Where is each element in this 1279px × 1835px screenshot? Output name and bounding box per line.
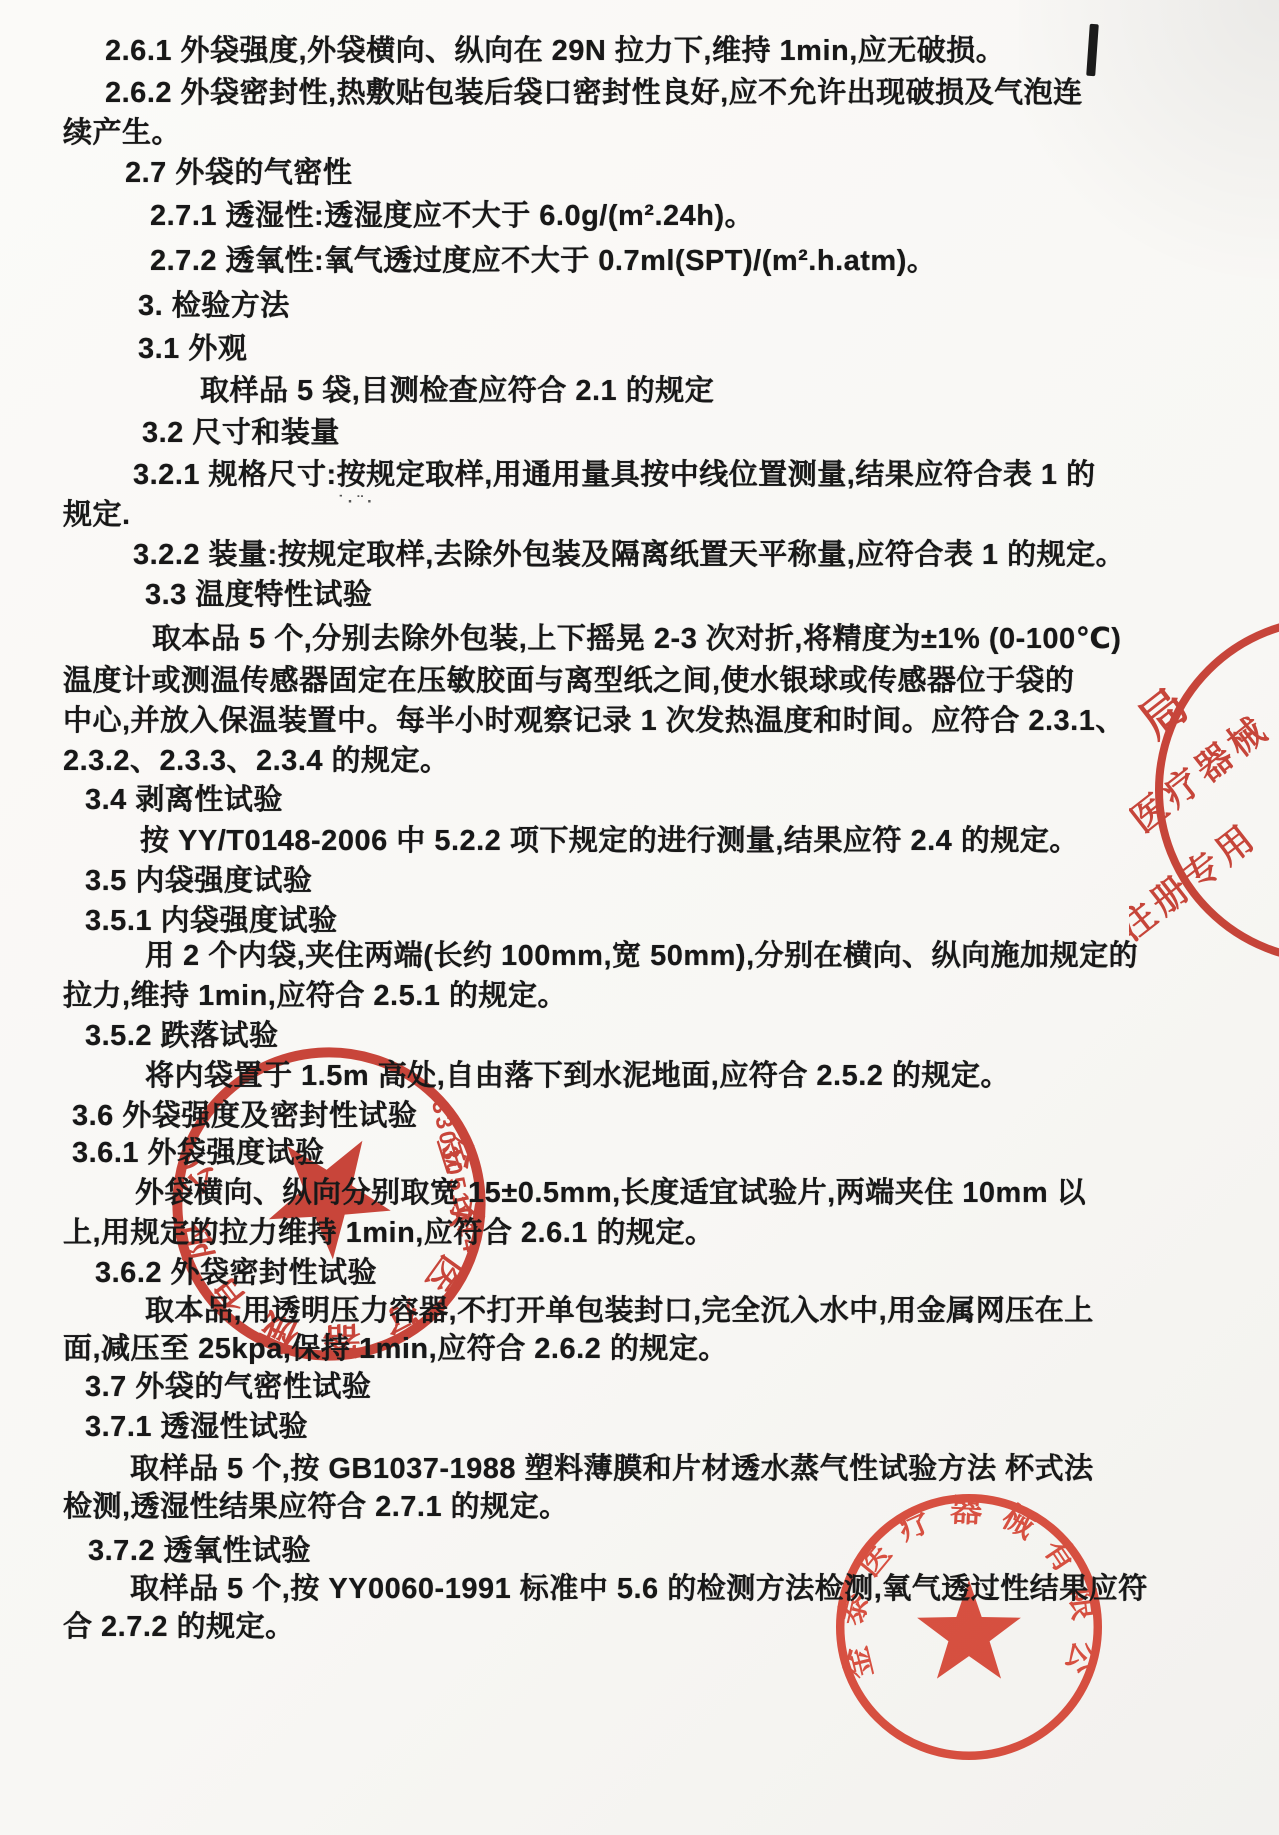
text-line: 2.3.2、2.3.3、2.3.4 的规定。 [63,738,450,779]
text-line: 取样品 5 个,按 YY0060-1991 标准中 5.6 的检测方法检测,氧气… [130,1566,1148,1607]
text-line: 2.7.1 透湿性:透湿度应不大于 6.0g/(m².24h)。 [150,193,754,234]
text-line: 3.6.2 外袋密封性试验 [95,1250,377,1291]
text-line: 3.7 外袋的气密性试验 [85,1364,371,1405]
text-line: 取本品,用透明压力容器,不打开单包装封口,完全沉入水中,用金属网压在上 [145,1288,1094,1329]
text-line: 取样品 5 个,按 GB1037-1988 塑料薄膜和片材透水蒸气性试验方法 杯… [130,1446,1094,1487]
text-line: 3.2.2 装量:按规定取样,去除外包装及隔离纸置天平称量,应符合表 1 的规定… [133,532,1125,573]
text-line: 2.7.2 透氧性:氧气透过度应不大于 0.7ml(SPT)/(m².h.atm… [150,238,936,279]
text-line: 取样品 5 袋,目测检查应符合 2.1 的规定 [200,368,714,409]
text-line: 合 2.7.2 的规定。 [63,1604,295,1645]
text-line: 3.7.2 透氧性试验 [88,1528,311,1569]
text-line: 3.7.1 透湿性试验 [85,1404,308,1445]
ink-smudge: ˙·¨· [338,492,377,512]
text-line: 检测,透湿性结果应符合 2.7.1 的规定。 [63,1484,569,1525]
text-line: 2.7 外袋的气密性 [125,150,352,191]
text-line: 上,用规定的拉力维持 1min,应符合 2.6.1 的规定。 [63,1210,714,1251]
text-line: 3.6 外袋强度及密封性试验 [72,1093,417,1134]
document-lines: 2.6.1 外袋强度,外袋横向、纵向在 29N 拉力下,维持 1min,应无破损… [0,0,1279,1835]
text-line: 按 YY/T0148-2006 中 5.2.2 项下规定的进行测量,结果应符 2… [140,818,1079,859]
text-line: 取本品 5 个,分别去除外包装,上下摇晃 2-3 次对折,将精度为±1% (0-… [152,616,1121,657]
text-line: 3.5.2 跌落试验 [85,1013,279,1054]
text-line: 将内袋置于 1.5m 高处,自由落下到水泥地面,应符合 2.5.2 的规定。 [145,1053,1010,1094]
text-line: 规定. [63,492,131,533]
text-line: 3.2 尺寸和装量 [142,410,340,451]
text-line: 3.2.1 规格尺寸:按规定取样,用通用量具按中线位置测量,结果应符合表 1 的 [133,452,1096,493]
text-line: 3. 检验方法 [138,283,290,324]
text-line: 面,减压至 25kpa,保持 1min,应符合 2.6.2 的规定。 [63,1326,728,1367]
text-line: 续产生。 [63,110,181,151]
text-line: 拉力,维持 1min,应符合 2.5.1 的规定。 [63,973,567,1014]
text-line: 3.5 内袋强度试验 [85,858,312,899]
text-line: 外袋横向、纵向分别取宽 15±0.5mm,长度适宜试验片,两端夹住 10mm 以 [135,1170,1086,1211]
scanned-document-page: 2.6.1 外袋强度,外袋横向、纵向在 29N 拉力下,维持 1min,应无破损… [0,0,1279,1835]
text-line: 3.3 温度特性试验 [145,572,372,613]
text-line: 3.1 外观 [138,326,247,367]
text-line: 3.6.1 外袋强度试验 [72,1130,325,1171]
text-line: 温度计或测温传感器固定在压敏胶面与离型纸之间,使水银球或传感器位于袋的 [63,658,1075,699]
text-line: 2.6.2 外袋密封性,热敷贴包装后袋口密封性良好,应不允许出现破损及气泡连 [105,70,1083,111]
text-line: 用 2 个内袋,夹住两端(长约 100mm,宽 50mm),分别在横向、纵向施加… [145,933,1138,974]
text-line: 中心,并放入保温装置中。每半小时观察记录 1 次发热温度和时间。应符合 2.3.… [63,698,1125,739]
text-line: 3.4 剥离性试验 [85,777,283,818]
text-line: 2.6.1 外袋强度,外袋横向、纵向在 29N 拉力下,维持 1min,应无破损… [105,28,1005,69]
